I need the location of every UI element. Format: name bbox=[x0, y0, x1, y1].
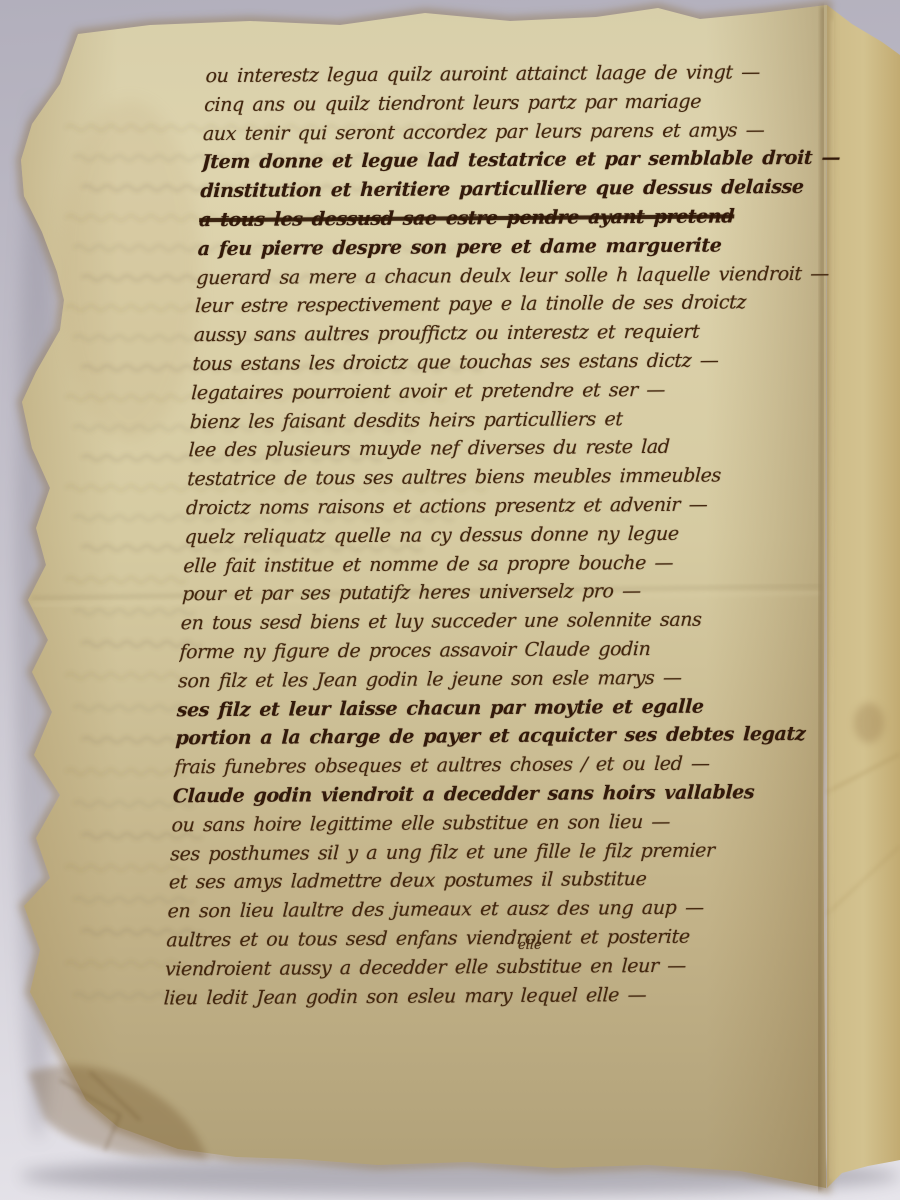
manuscript-line: lee des plusieurs muyde nef diverses du … bbox=[188, 432, 831, 465]
manuscript-line: cinq ans ou quilz tiendront leurs partz … bbox=[204, 86, 847, 119]
manuscript-line: Claude godin viendroit a decedder sans h… bbox=[172, 778, 815, 811]
photo-background: elle ou interestz legua quilz auroint at… bbox=[0, 0, 900, 1200]
manuscript-line: aux tenir qui seront accordez par leurs … bbox=[202, 115, 845, 148]
manuscript-line: frais funebres obseques et aultres chose… bbox=[174, 749, 817, 782]
manuscript-line: ou interestz legua quilz auroint attainc… bbox=[205, 58, 848, 91]
manuscript-line: guerard sa mere a chacun deulx leur soll… bbox=[196, 259, 839, 292]
manuscript-line: en son lieu laultre des jumeaux et ausz … bbox=[167, 893, 810, 926]
manuscript-line: portion a la charge de payer et acquicte… bbox=[175, 720, 818, 753]
manuscript-line: ses filz et leur laisse chacun par moyti… bbox=[176, 691, 819, 724]
manuscript-line: legataires pourroient avoir et pretendre… bbox=[191, 374, 834, 407]
manuscript-line: aultres et ou tous sesd enfans viendroie… bbox=[166, 922, 809, 955]
manuscript-line: ses posthumes sil y a ung filz et une fi… bbox=[170, 835, 813, 868]
manuscript-line: Jtem donne et legue lad testatrice et pa… bbox=[201, 144, 844, 177]
manuscript-line: a tous les dessusd sae estre pendre ayan… bbox=[198, 202, 841, 235]
manuscript-line: droictz noms raisons et actions presentz… bbox=[185, 490, 828, 523]
manuscript-line: forme ny figure de proces assavoir Claud… bbox=[179, 634, 822, 667]
manuscript-line: en tous sesd biens et luy succeder une s… bbox=[180, 605, 823, 638]
manuscript-line: lieu ledit Jean godin son esleu mary leq… bbox=[163, 979, 806, 1012]
manuscript-line: a feu pierre despre son pere et dame mar… bbox=[197, 230, 840, 263]
manuscript-line: pour et par ses putatifz heres universel… bbox=[181, 576, 824, 609]
manuscript-line: tous estans les droictz que touchas ses … bbox=[192, 346, 835, 379]
manuscript-line: viendroient aussy a decedder elle substi… bbox=[164, 951, 807, 984]
manuscript-line: son filz et les Jean godin le jeune son … bbox=[177, 663, 820, 696]
manuscript-line: aussy sans aultres prouffictz ou interes… bbox=[193, 317, 836, 350]
manuscript-line: elle fait institue et nomme de sa propre… bbox=[183, 547, 826, 580]
back-page-stain bbox=[854, 703, 884, 743]
interlinear-insertion: elle bbox=[518, 938, 542, 953]
manuscript-line: leur estre respectivement paye e la tino… bbox=[194, 288, 837, 321]
manuscript-line: et ses amys ladmettre deux postumes il s… bbox=[168, 864, 811, 897]
manuscript-text-block: elle ou interestz legua quilz auroint at… bbox=[162, 58, 849, 1043]
manuscript-line: testatrice de tous ses aultres biens meu… bbox=[187, 461, 830, 494]
manuscript-line: quelz reliquatz quelle na cy dessus donn… bbox=[184, 518, 827, 551]
manuscript-line: bienz les faisant desdits heirs particul… bbox=[189, 403, 832, 436]
manuscript-line: ou sans hoire legittime elle substitue e… bbox=[171, 807, 814, 840]
manuscript-line: dinstitution et heritiere particulliere … bbox=[200, 173, 843, 206]
damp-stain bbox=[60, 100, 200, 440]
